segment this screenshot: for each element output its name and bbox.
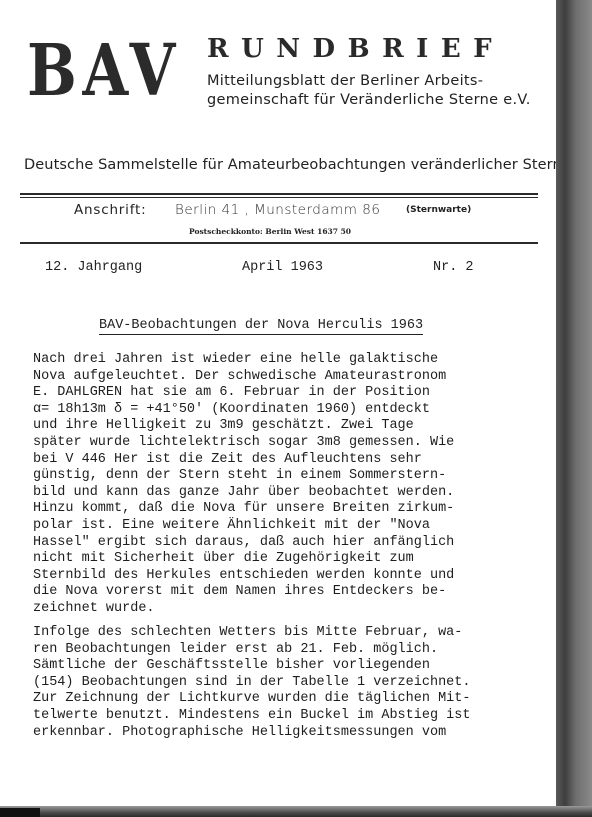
text-line: Nach drei Jahren ist wieder eine helle g… — [33, 352, 553, 369]
text-line: zeichnet wurde. — [33, 601, 553, 618]
issue-volume: 12. Jahrgang — [45, 260, 142, 275]
text-line: bei V 446 Her ist die Zeit des Aufleucht… — [33, 452, 553, 469]
bav-logo: BAV — [27, 35, 181, 106]
article-title: BAV-Beobachtungen der Nova Herculis 1963 — [99, 318, 423, 335]
divider-rule — [20, 197, 538, 198]
article-paragraph-1: Nach drei Jahren ist wieder eine helle g… — [33, 352, 553, 618]
divider-rule — [20, 242, 538, 244]
text-line: erkennbar. Photographische Helligkeitsme… — [33, 725, 553, 742]
text-line: telwerte benutzt. Mindestens ein Buckel … — [33, 708, 553, 725]
text-line: (154) Beobachtungen sind in der Tabelle … — [33, 675, 553, 692]
text-line: die Nova vorerst mit dem Namen ihres Ent… — [33, 584, 553, 601]
text-line: Sternbild des Herkules entschieden werde… — [33, 568, 553, 585]
text-line: Zur Zeichnung der Lichtkurve wurden die … — [33, 691, 553, 708]
address-value: Berlin 41 , Munsterdamm 86 — [175, 202, 380, 218]
newsletter-title: RUNDBRIEF — [207, 34, 504, 64]
scan-shadow-right — [556, 0, 592, 817]
text-line: Infolge des schlechten Wetters bis Mitte… — [33, 625, 553, 642]
postscheck-account: Postscheckkonto: Berlin West 1637 50 — [189, 227, 351, 236]
central-office-line: Deutsche Sammelstelle für Amateurbeobach… — [24, 157, 571, 173]
text-line: bild und kann das ganze Jahr über beobac… — [33, 485, 553, 502]
divider-rule — [20, 193, 538, 195]
newsletter-subtitle-line1: Mitteilungsblatt der Berliner Arbeits- — [207, 73, 483, 89]
address-note: (Sternwarte) — [406, 205, 471, 215]
issue-date: April 1963 — [242, 260, 323, 275]
address-label: Anschrift: — [74, 202, 146, 218]
scan-shadow-bottom — [0, 806, 592, 817]
newsletter-subtitle-line2: gemeinschaft für Veränderliche Sterne e.… — [207, 92, 531, 108]
text-line: ren Beobachtungen leider erst ab 21. Feb… — [33, 642, 553, 659]
text-line: Hassel" ergibt sich daraus, daß auch hie… — [33, 535, 553, 552]
text-line: günstig, denn der Stern steht in einem S… — [33, 468, 553, 485]
article-paragraph-2: Infolge des schlechten Wetters bis Mitte… — [33, 625, 553, 741]
text-line: Nova aufgeleuchtet. Der schwedische Amat… — [33, 369, 553, 386]
text-line: nicht mit Sicherheit über die Zugehörigk… — [33, 551, 553, 568]
issue-number: Nr. 2 — [433, 260, 474, 275]
text-line: E. DAHLGREN hat sie am 6. Februar in der… — [33, 385, 553, 402]
text-line: Sämtliche der Geschäftsstelle bisher vor… — [33, 658, 553, 675]
text-line: polar ist. Eine weitere Ähnlichkeit mit … — [33, 518, 553, 535]
text-line: α= 18h13m δ = +41°50' (Koordinaten 1960)… — [33, 402, 553, 419]
document-page: BAV RUNDBRIEF Mitteilungsblatt der Berli… — [0, 0, 556, 806]
text-line: Hinzu kommt, daß die Nova für unsere Bre… — [33, 501, 553, 518]
text-line: später wurde lichtelektrisch sogar 3m8 g… — [33, 435, 553, 452]
text-line: und ihre Helligkeit zu 3m9 geschätzt. Zw… — [33, 418, 553, 435]
